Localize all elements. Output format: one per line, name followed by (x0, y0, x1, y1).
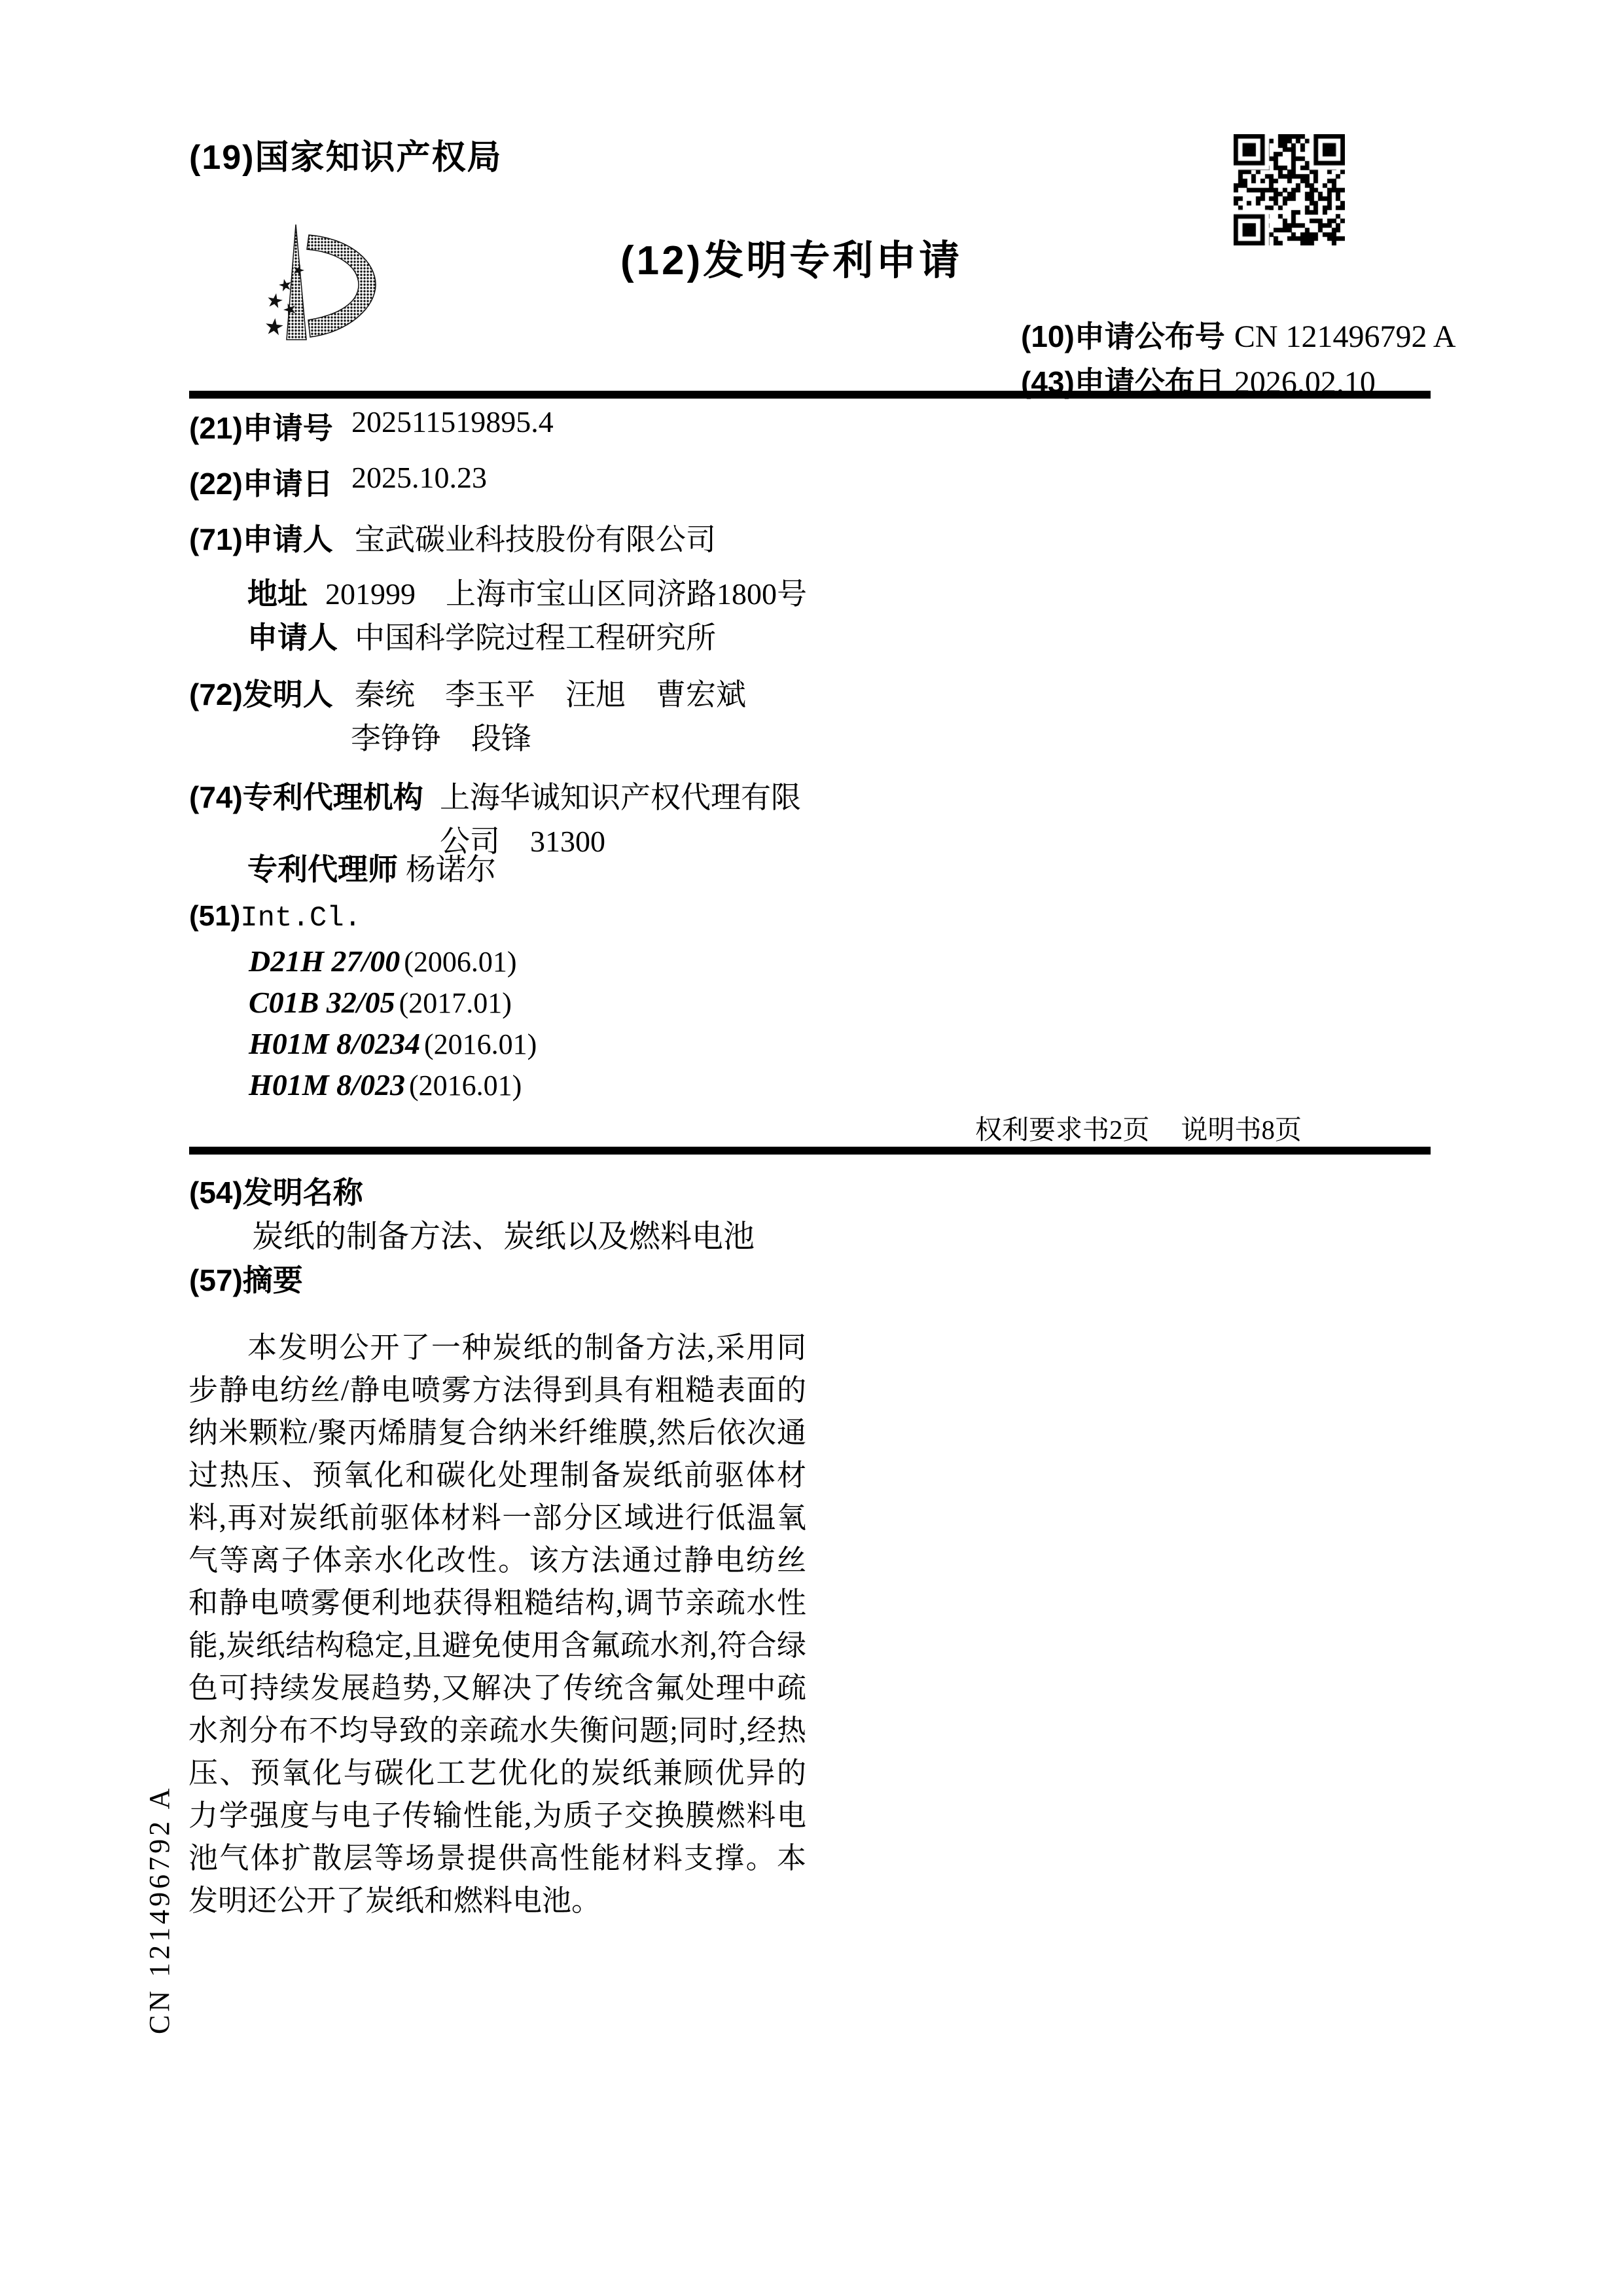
application-number-row: (21)申请号 202511519895.4 (0, 404, 1623, 446)
intcl-code-1: D21H 27/00 (249, 944, 400, 978)
intcl-code-2: C01B 32/05 (249, 986, 395, 1019)
section-divider (189, 1147, 1431, 1155)
document-type-title: (12)发明专利申请 (620, 228, 962, 286)
address-value: 201999 上海市宝山区同济路1800号 (325, 570, 807, 613)
applicant-label: (71)申请人 (189, 516, 333, 559)
intcl-header-row: (51)Int.Cl. (0, 900, 1623, 942)
application-date-row: (22)申请日 2025.10.23 (0, 460, 1623, 502)
pub-no-value: CN 121496792 A (1234, 319, 1456, 354)
app-date-label: (22)申请日 (189, 460, 333, 503)
intcl-entry-row: H01M 8/023(2016.01) (0, 1067, 1623, 1109)
applicant-value: 宝武碳业科技股份有限公司 (355, 516, 716, 559)
agent-row: 专利代理师 杨诺尔 (0, 846, 1623, 888)
inventors-row: (72)发明人 秦统 李玉平 汪旭 曹宏斌 (0, 671, 1623, 713)
invention-title: 炭纸的制备方法、炭纸以及燃料电池 (252, 1211, 755, 1256)
app-no-value: 202511519895.4 (351, 404, 554, 439)
header-divider (189, 391, 1431, 399)
intcl-entry-row: C01B 32/05(2017.01) (0, 985, 1623, 1027)
applicant-address-row: 地址 201999 上海市宝山区同济路1800号 (0, 570, 1623, 612)
app-no-label: (21)申请号 (189, 404, 333, 448)
applicant2-value: 中国科学院过程工程研究所 (355, 614, 716, 657)
abstract-text: 本发明公开了一种炭纸的制备方法,采用同步静电纺丝/静电喷雾方法得到具有粗糙表面的… (188, 1327, 806, 1922)
cnipa-logo-icon (262, 224, 412, 342)
pages-info: 权利要求书2页说明书8页 (975, 1108, 1302, 1147)
applicant-row: (71)申请人 宝武碳业科技股份有限公司 (0, 516, 1623, 558)
intcl-word: Int.Cl. (240, 902, 361, 935)
applicant2-row: 申请人 中国科学院过程工程研究所 (0, 614, 1623, 656)
agent-label: 专利代理师 (247, 846, 398, 889)
description-pages: 说明书8页 (1181, 1115, 1302, 1145)
intcl-code-3: H01M 8/0234 (249, 1027, 420, 1060)
agency-row: (74)专利代理机构 上海华诚知识产权代理有限 (0, 774, 1623, 816)
title-section-row: (54)发明名称 (0, 1169, 1623, 1211)
intcl-entry-row: H01M 8/0234(2016.01) (0, 1026, 1623, 1068)
pub-no-label: (10)申请公布号 (1021, 319, 1225, 353)
intcl-entry-row: D21H 27/00(2006.01) (0, 944, 1623, 986)
intcl-code-4: H01M 8/023 (249, 1068, 405, 1102)
intcl-version-1: (2006.01) (404, 946, 516, 978)
agent-value: 杨诺尔 (406, 846, 496, 889)
agency-label: (74)专利代理机构 (189, 774, 423, 817)
side-doc-number: CN 121496792 A (143, 1785, 176, 2034)
claims-pages: 权利要求书2页 (975, 1115, 1150, 1145)
inventors-line1: 秦统 李玉平 汪旭 曹宏斌 (355, 671, 746, 714)
applicant2-label: 申请人 (247, 614, 338, 657)
inventors-row-2: 李铮铮 段锋 (0, 715, 1623, 757)
intcl-label: (51)Int.Cl. (189, 900, 361, 935)
inventors-label: (72)发明人 (189, 671, 333, 714)
address-label: 地址 (247, 570, 308, 613)
office-name: (19)国家知识产权局 (189, 130, 502, 179)
app-date-value: 2025.10.23 (351, 460, 487, 495)
intcl-version-3: (2016.01) (424, 1028, 537, 1060)
abstract-section-label: (57)摘要 (189, 1257, 303, 1300)
publication-number-row: (10)申请公布号CN 121496792 A (1021, 313, 1456, 356)
inventors-line2: 李铮铮 段锋 (351, 715, 531, 758)
title-section-label: (54)发明名称 (189, 1169, 363, 1212)
intcl-prefix: (51) (189, 900, 240, 932)
intcl-version-2: (2017.01) (399, 987, 512, 1019)
intcl-version-4: (2016.01) (409, 1069, 522, 1102)
patent-front-page: (19)国家知识产权局 (12)发明专利申请 (10)申请公布号 (0, 0, 1623, 2296)
qr-code (1234, 134, 1345, 245)
abstract-section-row: (57)摘要 (0, 1257, 1623, 1299)
agency-value-line1: 上海华诚知识产权代理有限 (440, 774, 801, 817)
